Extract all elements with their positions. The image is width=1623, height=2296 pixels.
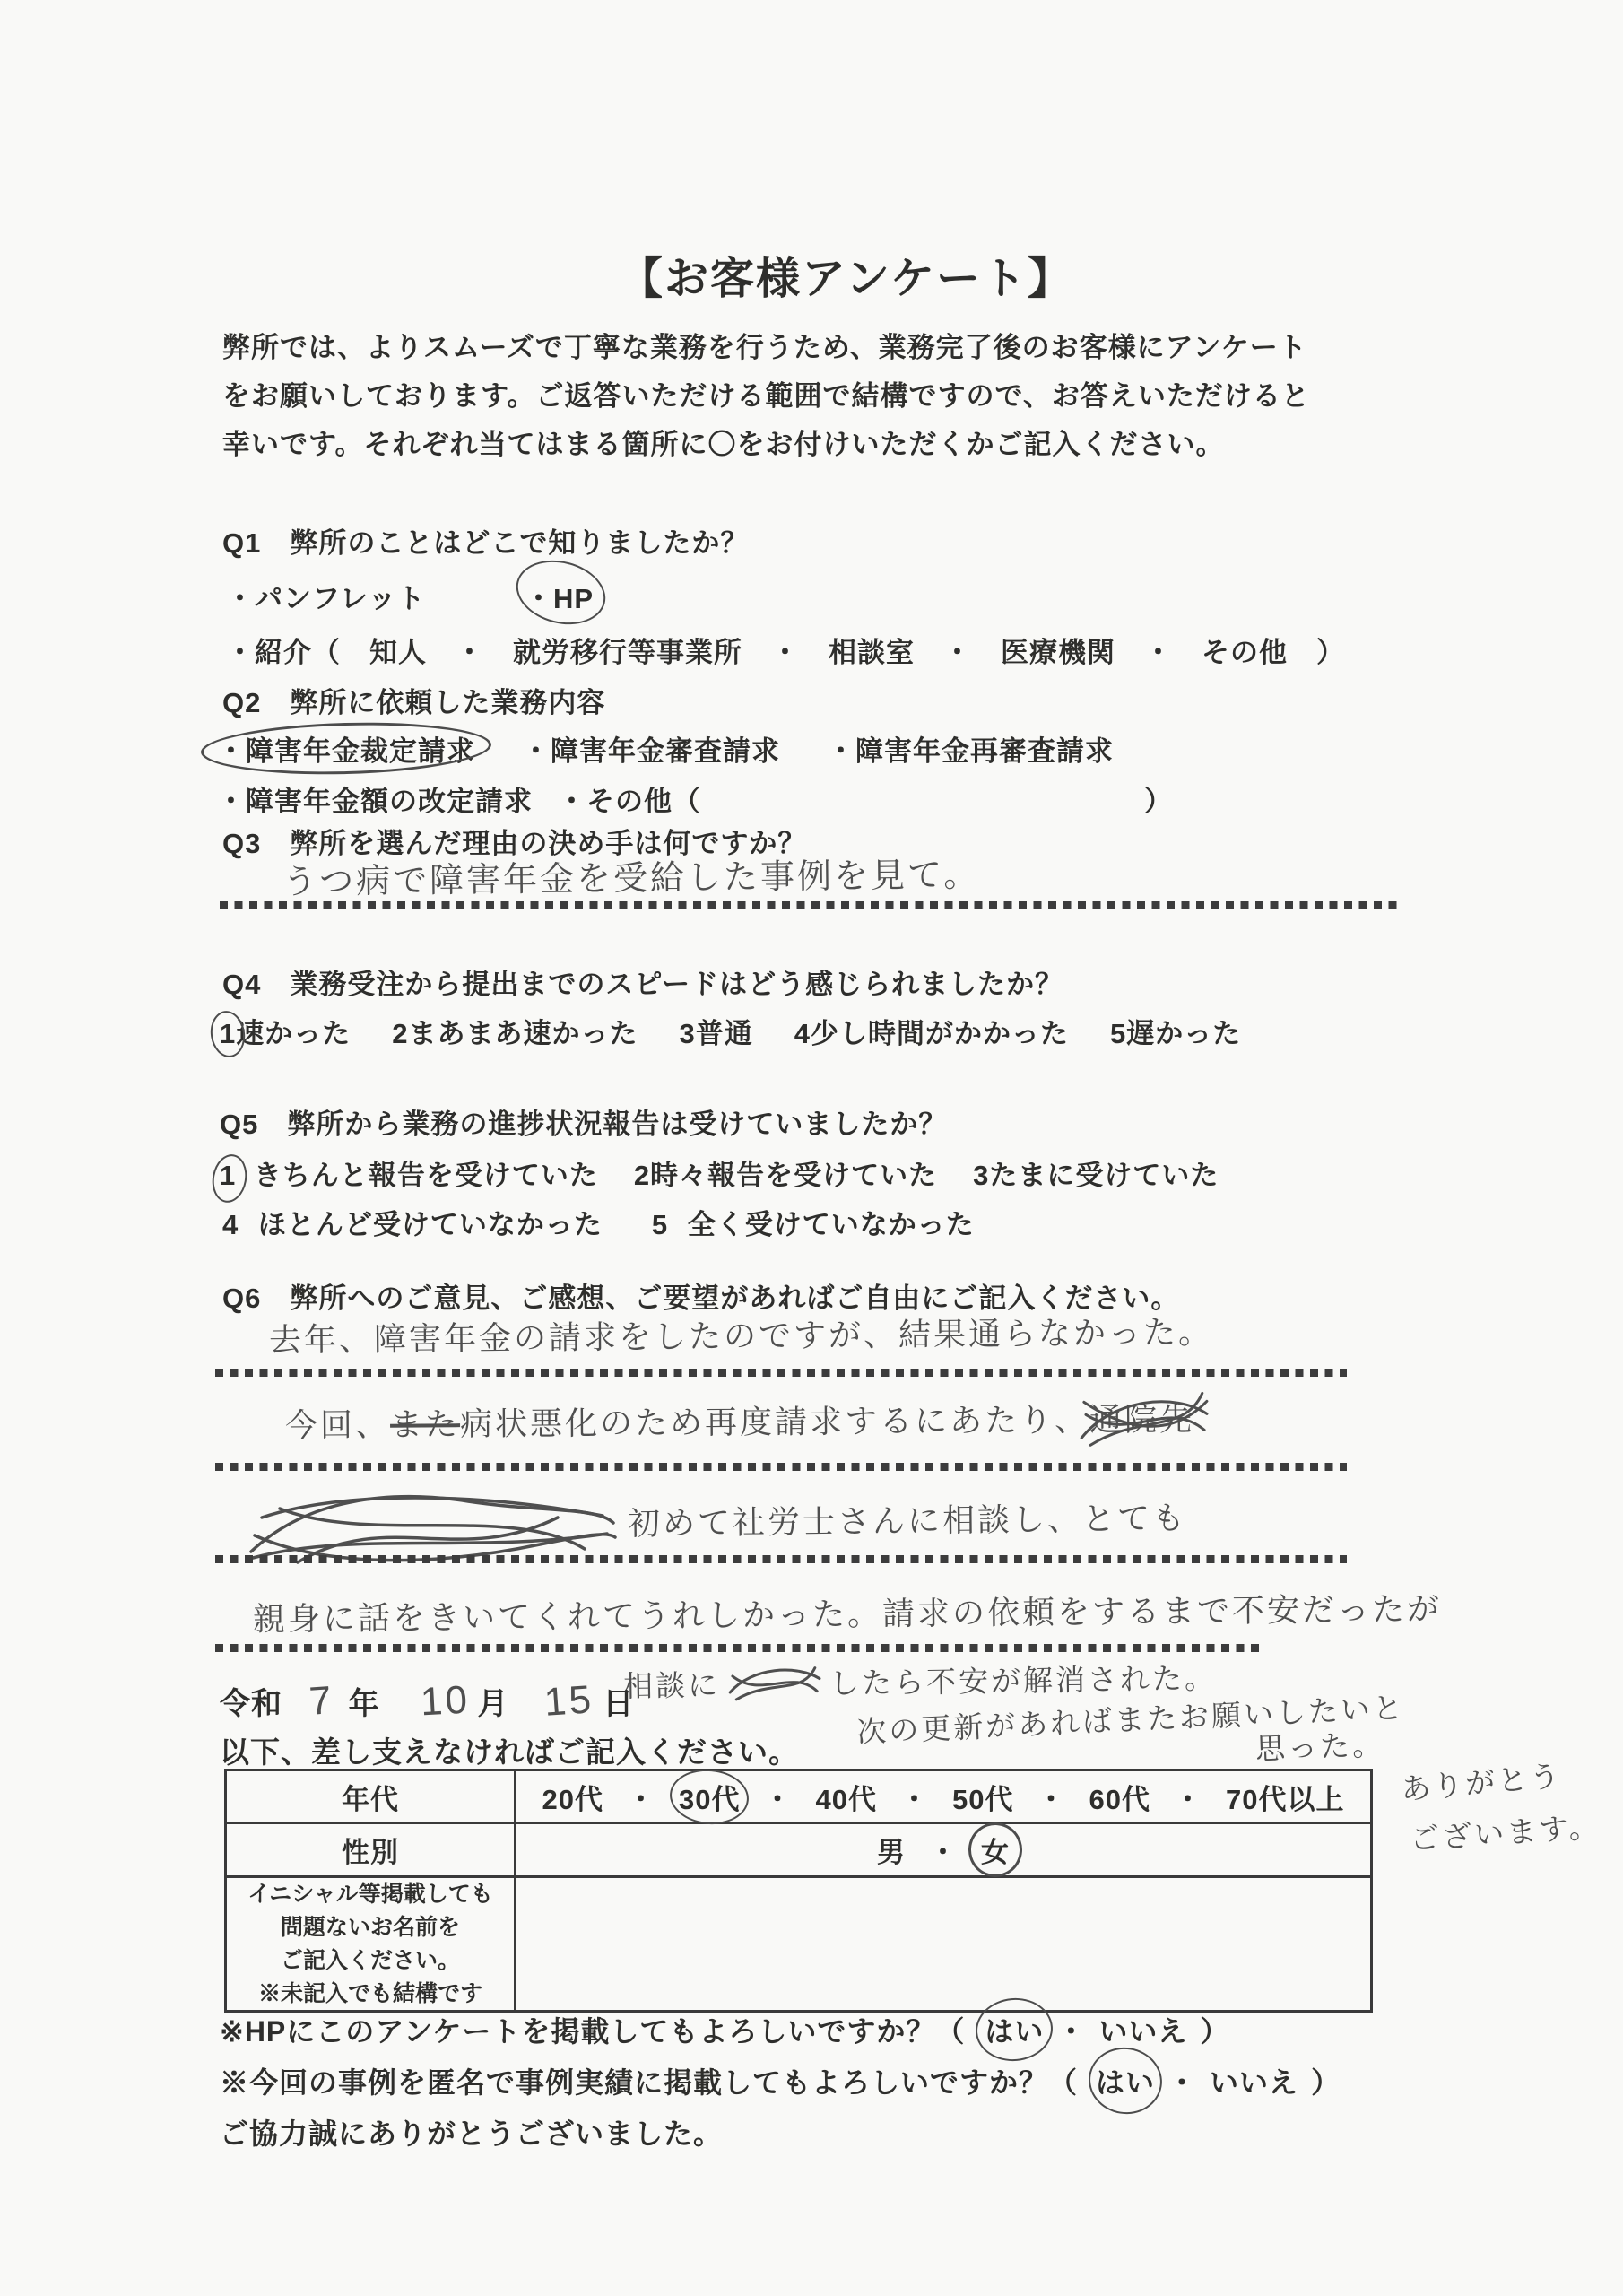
name-label-line-2: 問題ないお名前を [281,1911,460,1944]
q5-option-3-label: たまに受けていた [989,1160,1219,1191]
intro-line-3: 幸いです。それぞれ当てはまる箇所に〇をお付けいただくかご記入ください。 [222,422,1225,462]
q4-option-4-num: 4 [794,1018,811,1049]
age-row-label: 年代 [227,1771,516,1822]
dotted-separator [215,1463,1347,1471]
q5-option-5-num: 5 [652,1209,668,1240]
q5-option-3-num: 3 [973,1160,989,1191]
hp-publish-yes-circled: はい [985,2009,1044,2050]
q5-option-1-label: きちんと報告を受けていた [254,1160,598,1191]
q6-handwritten-line-3: 初めて社労士さんに相談し、とても [628,1493,1188,1545]
separator-dot: ・ [1056,2009,1086,2050]
q2-option-saitei-circled: ・障害年金裁定請求 [217,728,475,769]
q4-option-3-num: 3 [680,1018,696,1049]
q5-option-2-label: 時々報告を受けていた [650,1160,937,1191]
q5-heading: Q5 弊所から業務の進捗状況報告は受けていましたか？ [220,1101,947,1142]
name-label-line-3: ご記入ください。 [281,1944,460,1978]
q5-option-5-label: 全く受けていなかった [688,1209,975,1240]
intro-line-1: 弊所では、よりスムーズで丁寧な業務を行うため、業務完了後のお客様にアンケート [222,325,1307,365]
q6-handwritten-line-2-mid: 病状悪化のため再度請求するにあたり、 [460,1395,1089,1445]
q6-handwritten-line-2-pre: 今回、 [285,1400,390,1447]
q6-handwritten-line-6-wrap: 思った。 [1254,1722,1385,1769]
below-note: 以下、差し支えなければご記入ください。 [220,1729,799,1771]
q5-option-4-num: 4 [222,1209,239,1240]
separator-dot: ・ [929,1830,958,1870]
age-option-60s: 60代 [1089,1777,1150,1817]
age-option-20s: 20代 [542,1777,603,1817]
q4-option-2-num: 2 [392,1018,408,1049]
q1-option-hp-circled: ・HP [525,576,594,616]
case-publish-no: いいえ [1210,2060,1298,2101]
date-era: 令和 [220,1679,282,1723]
handwritten-thanks-line-2: ございます。 [1409,1804,1602,1859]
case-publish-question: ※今回の事例を匿名で事例実績に掲載してもよろしいですか？（ [220,2060,1078,2101]
q2-option-saishinsa: ・障害年金再審査請求 [827,728,1114,769]
age-option-70s: 70代以上 [1226,1777,1344,1817]
separator-dot: ・ [900,1777,929,1817]
q5-option-1-num-circled: 1 [220,1160,236,1192]
q6-handwritten-line-2-scribbled-word: 通院先 [1089,1394,1194,1440]
scanned-survey-page: 【お客様アンケート】 弊所では、よりスムーズで丁寧な業務を行うため、業務完了後の… [0,0,1623,2296]
q4-option-2-label: まあまあ速かった [409,1018,638,1049]
name-row-label: イニシャル等掲載しても 問題ないお名前を ご記入ください。 ※未記入でも結構です [227,1875,516,2010]
respondent-info-table: 年代 20代 ・ 30代 ・ 40代 ・ 50代 ・ 60代 ・ 70代以上 性… [224,1769,1373,2013]
dotted-separator [215,1369,1347,1377]
q6-handwritten-line-5-pre: 相談に [623,1662,721,1706]
q6-handwritten-line-2-struck: また [390,1399,460,1446]
q3-handwritten-answer: うつ病で障害年金を受給した事例を見て。 [282,847,981,903]
q1-heading: Q1 弊所のことはどこで知りましたか？ [222,520,749,561]
q1-option-pamphlet: ・パンフレット [226,576,425,616]
intro-line-2: をお願いしております。ご返答いただける範囲で結構ですので、お答えいただけると [222,373,1310,413]
gender-row-value: 男 ・ 女 [516,1822,1370,1875]
age-option-40s: 40代 [816,1777,877,1817]
dotted-separator [215,1555,1347,1563]
gender-option-female-circled: 女 [981,1830,1010,1870]
handwritten-thanks-line-1: ありがとう [1399,1752,1563,1809]
q4-option-1-label: 速かった [236,1018,351,1049]
age-option-30s-circled: 30代 [679,1777,740,1817]
q2-heading: Q2 弊所に依頼した業務内容 [222,680,605,720]
page-title: 【お客様アンケート】 [619,244,1073,307]
separator-dot: ・ [1174,1777,1202,1817]
separator-dot: ・ [627,1777,655,1817]
q5-option-4-label: ほとんど受けていなかった [258,1209,603,1240]
scribble-mark [1077,1381,1212,1452]
separator-dot: ・ [1167,2060,1197,2101]
date-day-handwritten: 15 [543,1677,595,1726]
case-publish-yes-circled: はい [1096,2060,1155,2101]
age-row-value: 20代 ・ 30代 ・ 40代 ・ 50代 ・ 60代 ・ 70代以上 [516,1771,1370,1822]
date-month-suffix: 月 [477,1679,508,1723]
q1-option-referral: ・紹介（ 知人 ・ 就労移行等事業所 ・ 相談室 ・ 医療機関 ・ その他 ） [226,630,1345,670]
hp-publish-question: ※HPにこのアンケートを掲載してもよろしいですか？（ [220,2009,965,2050]
date-year-handwritten: 7 [308,1678,335,1725]
q4-option-5-num: 5 [1110,1018,1126,1049]
gender-option-male: 男 [877,1830,906,1870]
q6-handwritten-line-1: 去年、障害年金の請求をしたのですが、結果通らなかった。 [269,1307,1213,1361]
paren-close: ） [1311,2060,1341,2101]
q2-option-other-close: ） [1144,778,1173,819]
closing-thanks: ご協力誠にありがとうございました。 [220,2111,723,2152]
dotted-separator [220,901,1399,909]
q4-option-3-label: 普通 [696,1018,753,1049]
name-row-value-blank [516,1875,1370,2010]
name-label-line-1: イニシャル等掲載しても [247,1878,493,1911]
q2-option-kaitei: ・障害年金額の改定請求 [217,778,533,819]
dotted-separator [215,1644,1264,1652]
scribble-mark [725,1658,825,1705]
date-month-handwritten: 10 [420,1678,471,1726]
gender-row-label: 性別 [227,1822,516,1875]
separator-dot: ・ [764,1777,793,1817]
q2-option-shinsa: ・障害年金審査請求 [522,728,780,769]
hp-publish-no: いいえ [1098,2009,1187,2050]
q4-option-5-label: 遅かった [1126,1018,1241,1049]
age-option-50s: 50代 [952,1777,1013,1817]
q4-option-4-label: 少し時間がかかった [811,1018,1069,1049]
separator-dot: ・ [1037,1777,1065,1817]
name-label-line-4: ※未記入でも結構です [258,1978,482,2011]
q2-option-other-open: ・その他（ [558,778,701,819]
q4-option-1-num-circled: 1 [220,1018,236,1050]
paren-close: ） [1200,2009,1229,2050]
date-day-suffix: 日 [603,1679,634,1723]
date-year-suffix: 年 [348,1679,379,1723]
q4-heading: Q4 業務受注から提出までのスピードはどう感じられましたか？ [222,961,1063,1002]
q6-handwritten-line-4: 親身に話をきいてくれてうれしかった。請求の依頼をするまで不安だったが [253,1584,1442,1640]
q5-option-2-num: 2 [634,1160,650,1191]
